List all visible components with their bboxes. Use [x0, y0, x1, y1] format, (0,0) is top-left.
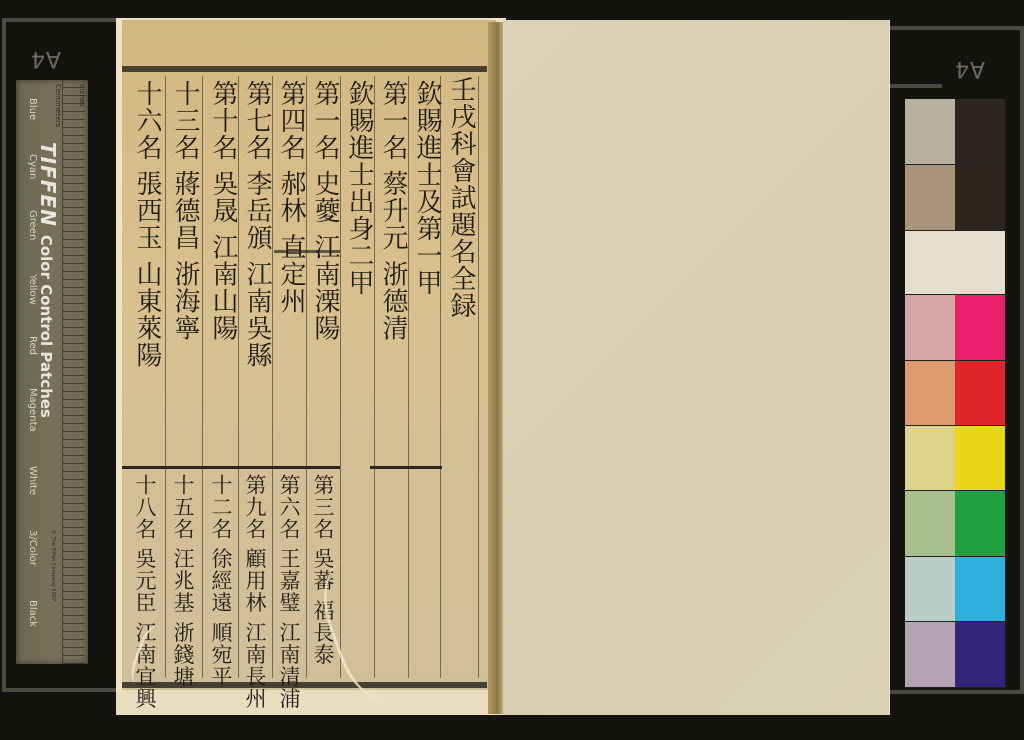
jinshi-entry: 第四名 郝林 直定州: [274, 80, 308, 315]
mid-divider-rule: [122, 466, 340, 469]
section-1-heading: 欽賜進士及第一甲: [410, 80, 444, 296]
book-spine-gutter: [488, 22, 504, 714]
patch-green: [955, 491, 1005, 557]
woodblock-text-block: 壬戌科會試題名全録 欽賜進士及第一甲 第一名 蔡升元 浙德清 欽賜進士出身二甲 …: [122, 66, 487, 688]
patch-gray-light: [905, 99, 955, 165]
tiffen-color-ruler: Centimeters Inches BlueCyanGreenYellowRe…: [16, 80, 88, 664]
patch-yellow: [955, 426, 1005, 491]
top-border-rule: [122, 66, 487, 72]
color-name-3color: 3/Color: [27, 530, 38, 600]
ruler-units-centimeters: Centimeters: [54, 84, 62, 127]
column-divider: [202, 76, 203, 678]
section-2-heading: 欽賜進士出身二甲: [342, 80, 376, 296]
patch-magenta: [955, 295, 1005, 361]
left-page-bottom-margin: [116, 690, 506, 715]
jinshi-entry: 第九名 顧用林 江南長州: [240, 474, 270, 709]
ruler-product-name: Color Control Patches: [37, 235, 55, 418]
patch-tan: [905, 165, 955, 231]
book-title-column: 壬戌科會試題名全録: [444, 76, 478, 319]
patch-red: [955, 361, 1005, 426]
patch-orange-light: [905, 361, 955, 426]
jinshi-entry: 第十名 吳晟 江南山陽: [206, 80, 240, 342]
patch-blue-violet: [955, 622, 1005, 688]
ruler-ticks: [62, 80, 85, 664]
patch-green-light: [905, 491, 955, 557]
ruler-brand: TIFFENColor Control Patches: [36, 142, 60, 418]
jinshi-entry: 第六名 王嘉璧 江南清浦: [274, 474, 304, 709]
a4-label-right: A4: [954, 56, 985, 81]
patch-dark-2: [955, 165, 1005, 231]
ruler-copyright: © The Tiffen Company 2007: [50, 530, 56, 601]
right-page-blank: [503, 20, 889, 715]
ruler-units-inches: Inches: [78, 84, 86, 107]
jinshi-entry: 第七名 李岳頒 江南吳縣: [240, 80, 274, 369]
patch-cyan: [955, 557, 1005, 622]
patch-yellow-light: [905, 426, 955, 491]
color-calibration-chart: [905, 99, 1007, 689]
column-divider: [165, 76, 166, 678]
color-name-black: Black: [27, 600, 38, 627]
jinshi-entry: 第一名 史䕫 江南溧陽: [308, 80, 342, 342]
patch-pink-light: [905, 295, 955, 361]
patch-cyan-light: [905, 557, 955, 622]
patch-dark-1: [955, 99, 1005, 165]
jinshi-entry: 十二名 徐經遠 順宛平: [206, 474, 236, 687]
jinshi-entry: 十三名 蔣德昌 浙海寧: [168, 80, 202, 342]
column-divider: [478, 76, 479, 678]
jinshi-entry: 十五名 汪兆基 浙錢塘: [168, 474, 198, 687]
color-name-white: White: [27, 466, 38, 530]
jinshi-entry: 十六名 張西玉 山東萊陽: [130, 80, 164, 369]
patch-lavender: [905, 622, 955, 688]
a4-label-left: A4: [30, 46, 61, 71]
patch-white: [905, 231, 1005, 295]
tiffen-logo: TIFFEN: [36, 142, 60, 227]
